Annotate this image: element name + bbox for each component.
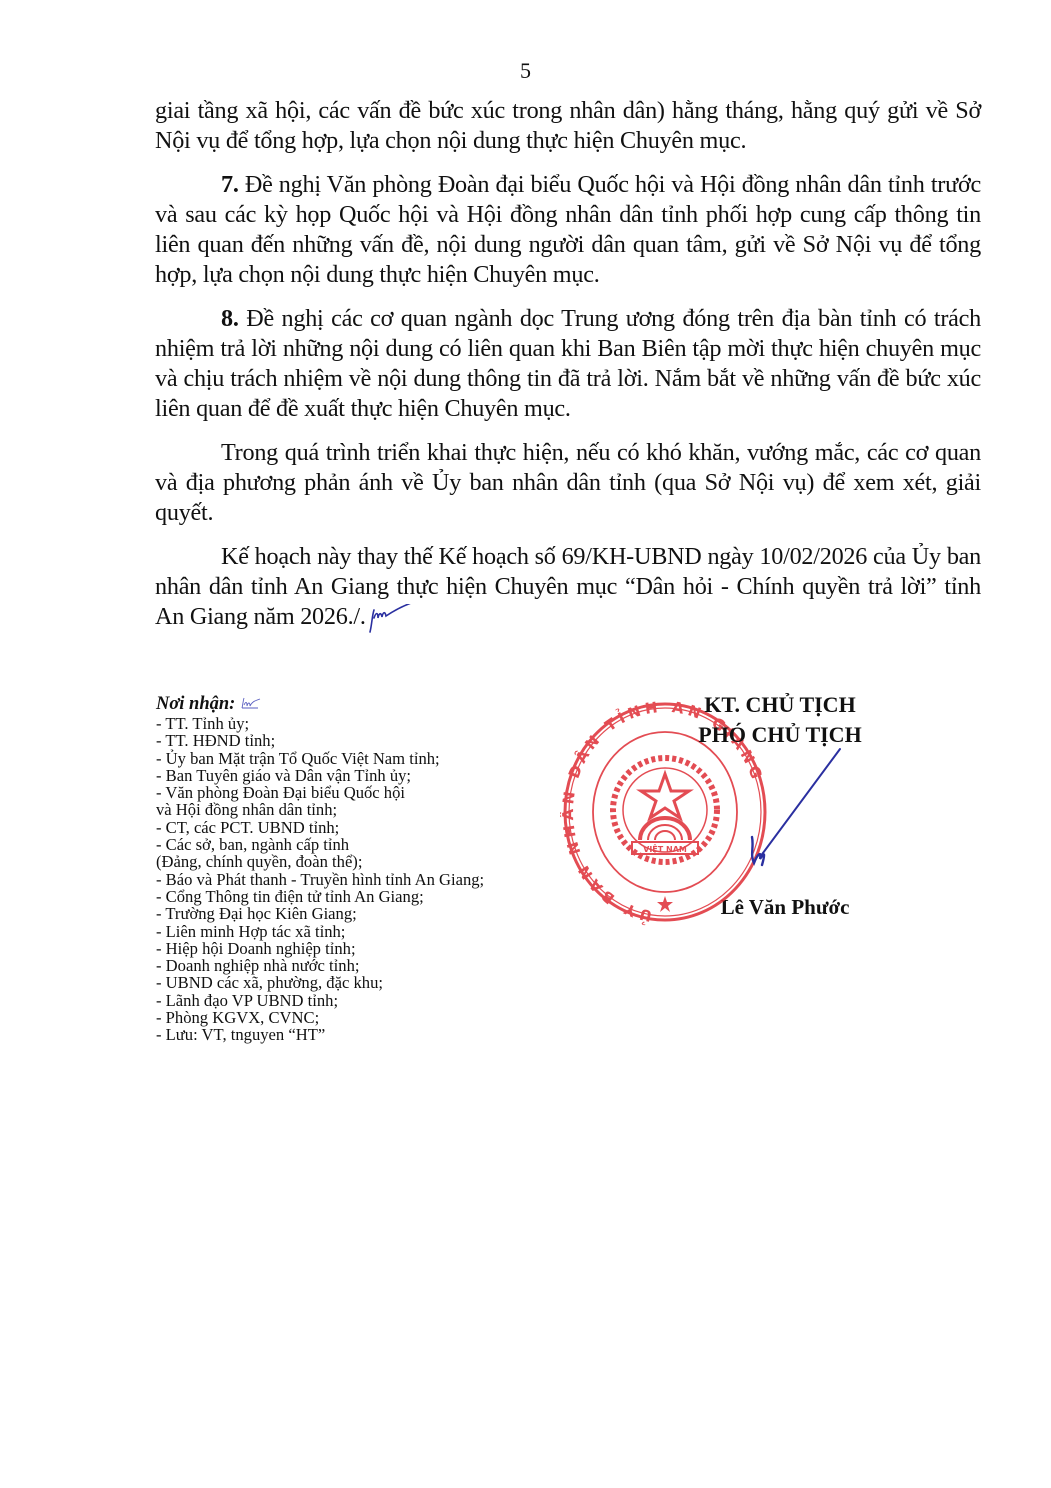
recipient-item: - Báo và Phát thanh - Truyền hình tỉnh A…	[156, 871, 576, 888]
recipient-item: - Hiệp hội Doanh nghiệp tỉnh;	[156, 940, 576, 957]
recipient-item: (Đảng, chính quyền, đoàn thể);	[156, 853, 576, 870]
paragraph-item-8: 8. Đề nghị các cơ quan ngành dọc Trung ư…	[155, 304, 981, 424]
svg-text:VIỆT NAM: VIỆT NAM	[643, 844, 687, 854]
recipient-item: - Phòng KGVX, CVNC;	[156, 1009, 576, 1026]
signer-title-block: KT. CHỦ TỊCH PHÓ CHỦ TỊCH	[660, 690, 900, 750]
recipient-item: - Ủy ban Mặt trận Tổ Quốc Việt Nam tỉnh;	[156, 750, 576, 767]
recipient-item: - CT, các PCT. UBND tỉnh;	[156, 819, 576, 836]
signer-name: Lê Văn Phước	[690, 895, 880, 920]
recipient-item: - Lưu: VT, tnguyen “HT”	[156, 1026, 576, 1043]
recipient-item: - Doanh nghiệp nhà nước tỉnh;	[156, 957, 576, 974]
recipient-item: - UBND các xã, phường, đặc khu;	[156, 974, 576, 991]
handwritten-signature-icon	[740, 745, 850, 870]
item-number: 8.	[221, 305, 239, 332]
item-text: Đề nghị Văn phòng Đoàn đại biểu Quốc hội…	[155, 171, 981, 288]
paragraph-difficulties: Trong quá trình triển khai thực hiện, nế…	[155, 438, 981, 528]
recipients-heading-text: Nơi nhận:	[156, 694, 235, 714]
paragraph-replacement: Kế hoạch này thay thế Kế hoạch số 69/KH-…	[155, 542, 981, 634]
recipient-item: - Văn phòng Đoàn Đại biểu Quốc hội	[156, 784, 576, 801]
recipient-item: - Liên minh Hợp tác xã tỉnh;	[156, 923, 576, 940]
initials-mark-icon	[240, 697, 262, 709]
paragraph-item-7: 7. Đề nghị Văn phòng Đoàn đại biểu Quốc …	[155, 170, 981, 290]
signer-title-line-2: PHÓ CHỦ TỊCH	[660, 720, 900, 750]
signer-title-line-1: KT. CHỦ TỊCH	[660, 690, 900, 720]
recipient-item: - Các sở, ban, ngành cấp tỉnh	[156, 836, 576, 853]
initials-signature-icon	[366, 604, 416, 634]
replacement-text: Kế hoạch này thay thế Kế hoạch số 69/KH-…	[155, 543, 981, 630]
recipient-item: và Hội đồng nhân dân tỉnh;	[156, 801, 576, 818]
recipient-item: - Cổng Thông tin điện tử tỉnh An Giang;	[156, 888, 576, 905]
recipients-list: - TT. Tỉnh ủy; - TT. HĐND tỉnh; - Ủy ban…	[156, 715, 576, 1044]
document-page: 5 giai tầng xã hội, các vấn đề bức xúc t…	[0, 0, 1051, 1488]
page-number: 5	[0, 58, 1051, 84]
recipients-block: Nơi nhận: - TT. Tỉnh ủy; - TT. HĐND tỉnh…	[156, 693, 576, 1044]
document-body: giai tầng xã hội, các vấn đề bức xúc tro…	[155, 96, 981, 648]
recipient-item: - Trường Đại học Kiên Giang;	[156, 905, 576, 922]
recipient-item: - Lãnh đạo VP UBND tỉnh;	[156, 992, 576, 1009]
item-text: Đề nghị các cơ quan ngành dọc Trung ương…	[155, 305, 981, 422]
recipient-item: - TT. HĐND tỉnh;	[156, 732, 576, 749]
recipient-item: - TT. Tỉnh ủy;	[156, 715, 576, 732]
recipient-item: - Ban Tuyên giáo và Dân vận Tỉnh ủy;	[156, 767, 576, 784]
paragraph-continued: giai tầng xã hội, các vấn đề bức xúc tro…	[155, 96, 981, 156]
recipients-heading: Nơi nhận:	[156, 693, 576, 715]
item-number: 7.	[221, 171, 239, 198]
